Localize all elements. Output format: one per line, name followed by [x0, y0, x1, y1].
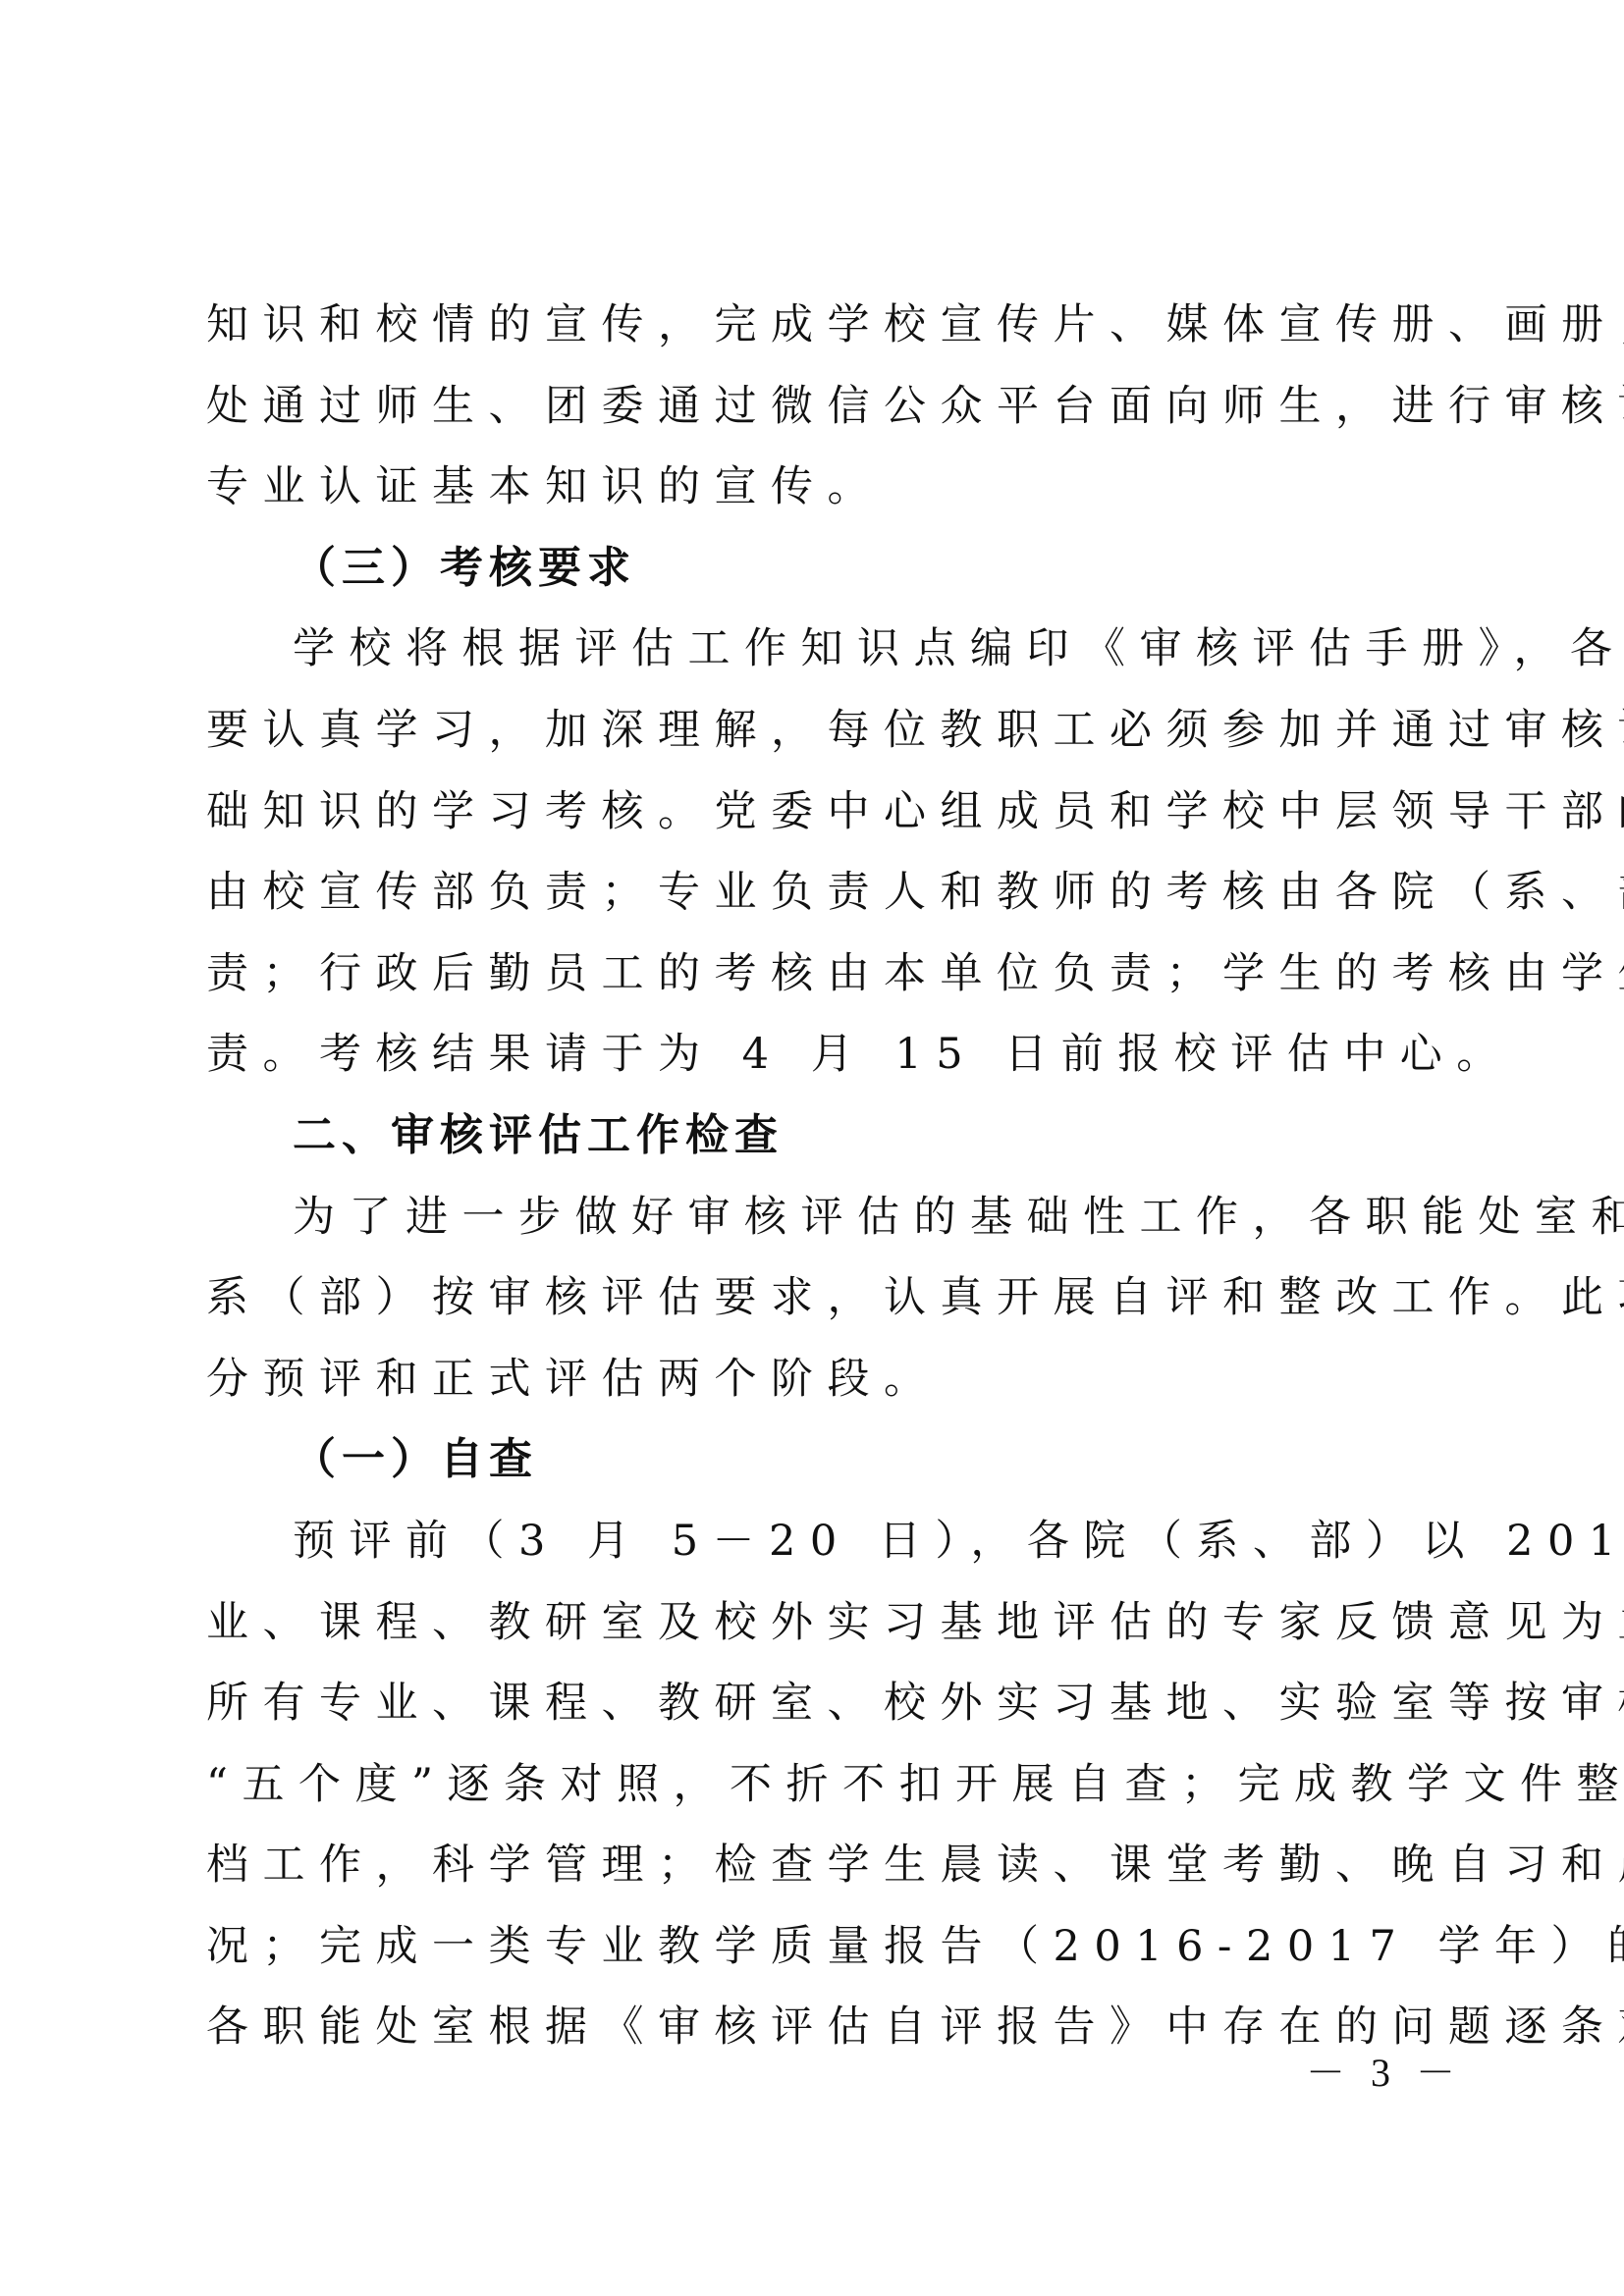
paragraph-line: 况；完成一类专业教学质量报告（2016-2017 学年）的发布工作； [206, 1906, 1416, 1988]
paragraph-line: “五个度”逐条对照，不折不扣开展自查；完成教学文件整理归 [206, 1744, 1416, 1826]
paragraph-line: 系（部）按审核评估要求，认真开展自评和整改工作。此项工作 [206, 1257, 1416, 1339]
paragraph-line: 为了进一步做好审核评估的基础性工作，各职能处室和院、 [206, 1177, 1416, 1258]
section-subheading: （三）考核要求 [206, 528, 1416, 610]
section-heading: 二、审核评估工作检查 [206, 1095, 1416, 1177]
paragraph-line: 预评前（3 月 5－20 日），各院（系、部）以 2017 年被抽专 [206, 1501, 1416, 1582]
paragraph-line: 档工作，科学管理；检查学生晨读、课堂考勤、晚自习和晨操情 [206, 1825, 1416, 1906]
paragraph-line: 分预评和正式评估两个阶段。 [206, 1339, 1416, 1420]
paragraph-line: 专业认证基本知识的宣传。 [206, 447, 1416, 528]
page-number: － 3 － [1306, 2042, 1463, 2098]
document-page: 知识和校情的宣传，完成学校宣传片、媒体宣传册、画册；教务 处通过师生、团委通过微… [0, 0, 1624, 2296]
paragraph-line: 所有专业、课程、教研室、校外实习基地、实验室等按审核评估 [206, 1663, 1416, 1744]
paragraph-line: 要认真学习，加深理解，每位教职工必须参加并通过审核评估基 [206, 690, 1416, 772]
paragraph-line: 学校将根据评估工作知识点编印《审核评估手册》，各单位 [206, 609, 1416, 690]
body-text: 知识和校情的宣传，完成学校宣传片、媒体宣传册、画册；教务 处通过师生、团委通过微… [206, 285, 1416, 2068]
paragraph-line: 知识和校情的宣传，完成学校宣传片、媒体宣传册、画册；教务 [206, 285, 1416, 366]
paragraph-line: 责；行政后勤员工的考核由本单位负责；学生的考核由学生处负 [206, 934, 1416, 1015]
section-subheading: （一）自查 [206, 1419, 1416, 1501]
paragraph-line: 处通过师生、团委通过微信公众平台面向师生，进行审核评估和 [206, 366, 1416, 448]
paragraph-line: 由校宣传部负责；专业负责人和教师的考核由各院（系、部）负 [206, 852, 1416, 934]
paragraph-line: 业、课程、教研室及校外实习基地评估的专家反馈意见为主，对 [206, 1582, 1416, 1664]
paragraph-line: 各职能处室根据《审核评估自评报告》中存在的问题逐条对照， [206, 1987, 1416, 2068]
paragraph-line: 责。考核结果请于为 4 月 15 日前报校评估中心。 [206, 1014, 1416, 1095]
paragraph-line: 础知识的学习考核。党委中心组成员和学校中层领导干部的考核 [206, 772, 1416, 853]
